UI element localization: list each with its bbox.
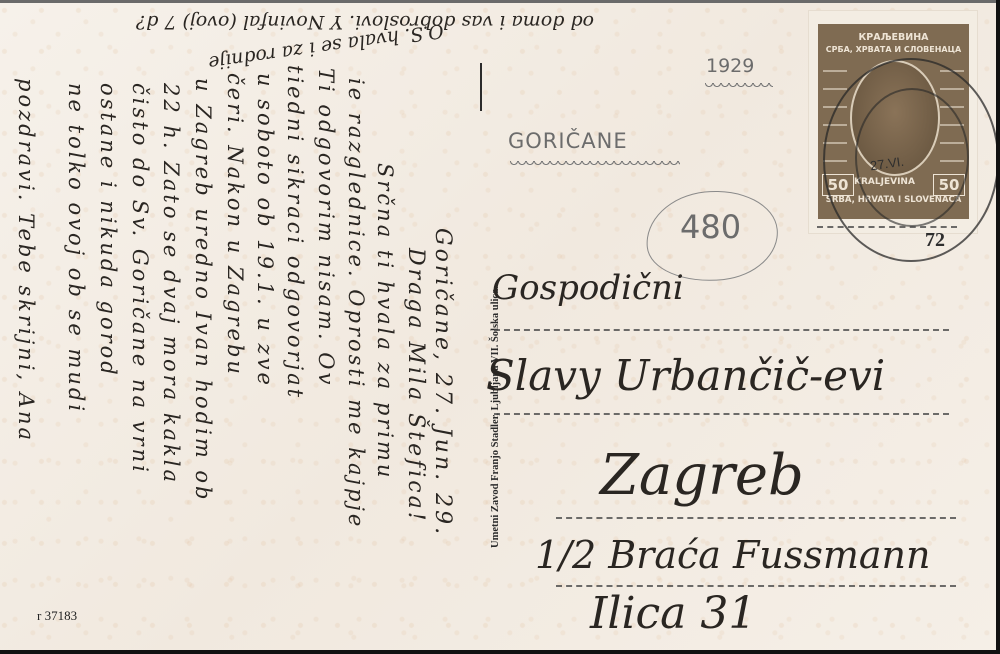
postcard: od doma i vas dobroslovi. Y Novinfal (ov… [0, 3, 996, 650]
catalog-number: r 37183 [37, 608, 77, 624]
message-line: tiedni sikraci odgovorjat [283, 65, 307, 400]
message-salutation: Draga Mila Štefica! [403, 248, 428, 524]
message-line: čeri. Nakon u Zagrebu [223, 73, 247, 377]
scan-edge-bottom [0, 650, 1000, 654]
pencil-year-underline [705, 83, 773, 89]
address-line-5: Ilica 31 [590, 588, 756, 639]
message-line: ostane i nikuda gorod [96, 83, 120, 378]
imprint-rule [480, 63, 482, 111]
address-line-3: Zagreb [600, 443, 804, 508]
message-line: 22 h. Zato se dvaj mora kakla [159, 83, 183, 485]
address-rule-2 [494, 413, 949, 415]
address-rule-3 [556, 517, 956, 519]
pencil-place: GORIČANE [508, 129, 628, 153]
address-rule-top [817, 226, 957, 228]
address-rule-4 [556, 585, 956, 587]
scan-edge-top [0, 0, 1000, 3]
stamp-top-text: КРАЉЕВИНА СРБА, ХРВАТА И СЛОВЕНАЦА [818, 32, 969, 56]
pencil-place-underline [510, 161, 680, 167]
message-line: u soboto ob 19.1. u zve [253, 73, 277, 388]
message-line: u Zagreb uredno Ivan hodim ob [191, 78, 215, 503]
pencil-circled-number: 480 [680, 208, 741, 246]
address-line-2: Slavy Urbančič-evi [486, 351, 885, 400]
address-rule-1 [494, 329, 949, 331]
message-line: čisto do Sv. Goričane na vrni [128, 83, 152, 475]
message-line: ie razglednice. Oprosti me kajpje [344, 78, 368, 529]
message-dateline: Goričane, 27. Jun. 29. [430, 228, 455, 537]
pencil-year: 1929 [706, 55, 754, 77]
message-line: ne tolko ovoj ob se mudi [64, 83, 88, 414]
address-line-4: 1/2 Braća Fussmann [535, 533, 930, 577]
scan-edge-right [996, 0, 1000, 654]
message-line: Ti odgovorim nisam. Ov [314, 68, 338, 387]
address-line-1: Gospodični [492, 268, 684, 308]
publisher-imprint: Umetni Zavod Franjo Stadler, Ljubljana V… [490, 286, 501, 548]
postmark-number: 72 [925, 229, 945, 252]
message-line: Srčna ti hvala za primu [373, 163, 397, 480]
message-line: pozdravi. Tebe skrijni, Ana [14, 78, 38, 443]
